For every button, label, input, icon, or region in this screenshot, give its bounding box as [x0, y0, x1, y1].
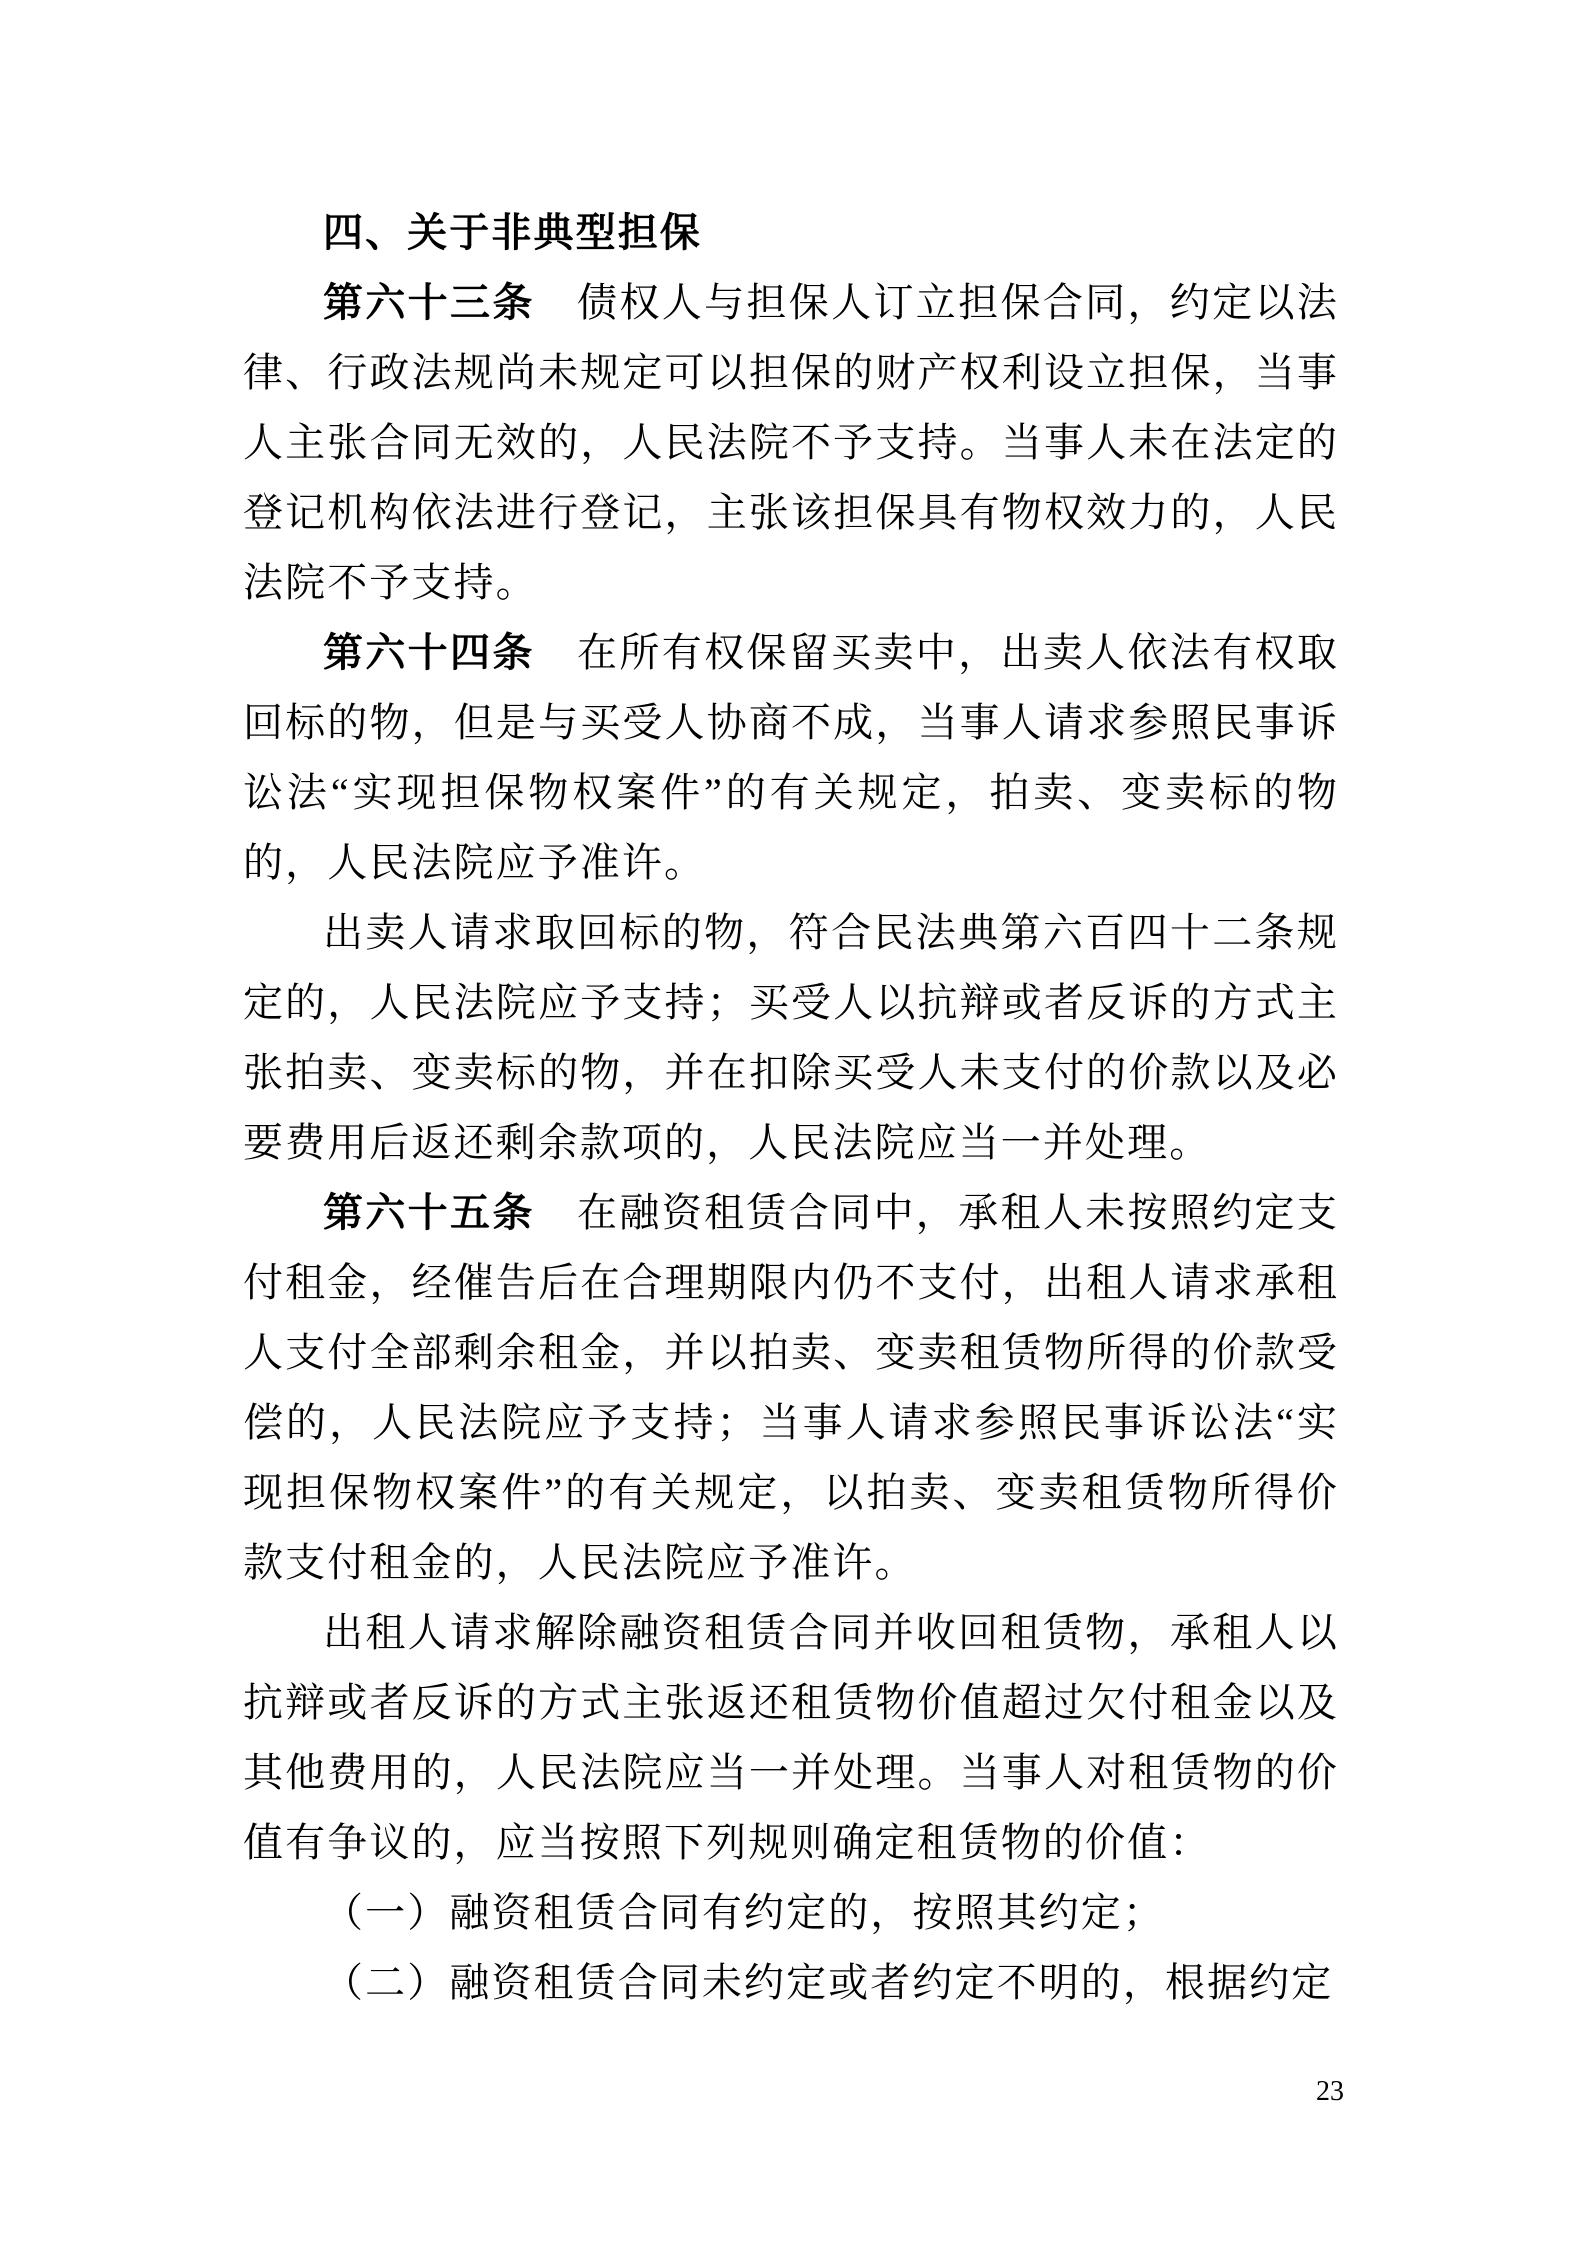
section-heading: 四、关于非典型担保 [243, 198, 1339, 268]
article-number: 第六十三条 [323, 281, 535, 325]
document-body: 四、关于非典型担保 第六十三条 债权人与担保人订立担保合同，约定以法律、行政法规… [243, 198, 1339, 2018]
paragraph: 出租人请求解除融资租赁合同并收回租赁物，承租人以抗辩或者反诉的方式主张返还租赁物… [243, 1598, 1339, 1878]
paragraph: 第六十三条 债权人与担保人订立担保合同，约定以法律、行政法规尚未规定可以担保的财… [243, 268, 1339, 618]
paragraph-text: （二）融资租赁合同未约定或者约定不明的，根据约定 [323, 1960, 1333, 2005]
paragraph-text: （一）融资租赁合同有约定的，按照其约定； [323, 1890, 1165, 1935]
paragraph: 第六十五条 在融资租赁合同中，承租人未按照约定支付租金，经催告后在合理期限内仍不… [243, 1178, 1339, 1598]
article-number: 第六十四条 [323, 631, 535, 675]
document-page: 四、关于非典型担保 第六十三条 债权人与担保人订立担保合同，约定以法律、行政法规… [0, 0, 1587, 2245]
paragraph: 出卖人请求取回标的物，符合民法典第六百四十二条规定的，人民法院应予支持；买受人以… [243, 898, 1339, 1178]
paragraph-text: 在融资租赁合同中，承租人未按照约定支付租金，经催告后在合理期限内仍不支付，出租人… [243, 1190, 1339, 1585]
paragraph: （二）融资租赁合同未约定或者约定不明的，根据约定 [243, 1948, 1339, 2018]
article-number: 第六十五条 [323, 1191, 535, 1235]
paragraph: 第六十四条 在所有权保留买卖中，出卖人依法有权取回标的物，但是与买受人协商不成，… [243, 618, 1339, 898]
paragraph-text: 出卖人请求取回标的物，符合民法典第六百四十二条规定的，人民法院应予支持；买受人以… [243, 910, 1339, 1165]
paragraph-text: 出租人请求解除融资租赁合同并收回租赁物，承租人以抗辩或者反诉的方式主张返还租赁物… [243, 1610, 1339, 1865]
paragraph-text: 债权人与担保人订立担保合同，约定以法律、行政法规尚未规定可以担保的财产权利设立担… [243, 280, 1339, 605]
paragraph: （一）融资租赁合同有约定的，按照其约定； [243, 1878, 1339, 1948]
page-number: 23 [1316, 2072, 1344, 2112]
